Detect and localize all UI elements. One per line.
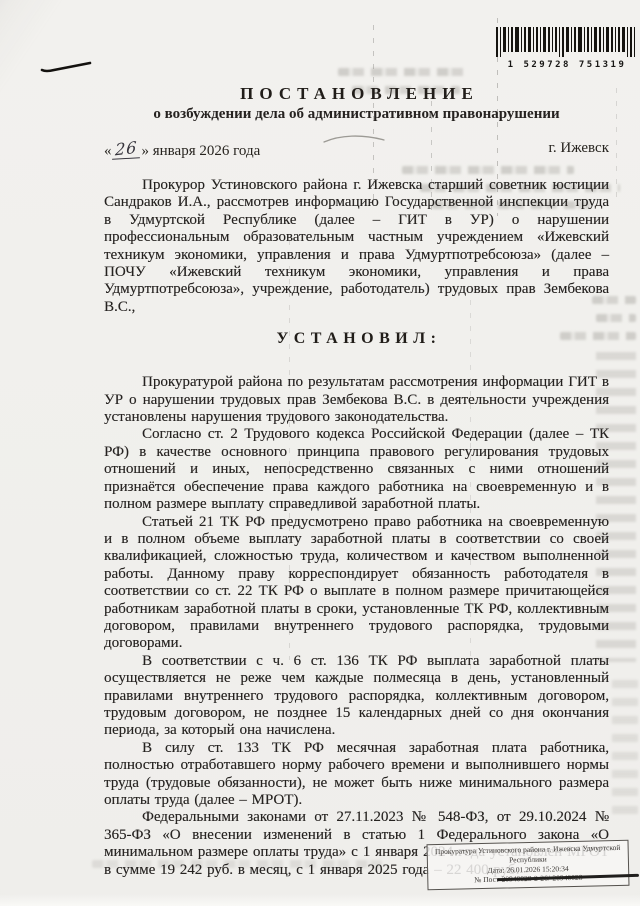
scan-edge [0, 894, 640, 906]
bleed-through [612, 680, 638, 820]
body-paragraph: Статьей 21 ТК РФ предусмотрено право раб… [104, 514, 609, 653]
date-row: «26» января 2026 года г. Ижевск [104, 140, 609, 160]
document-title: ПОСТАНОВЛЕНИЕ [104, 84, 609, 104]
document-subtitle: о возбуждении дела об административном п… [104, 106, 609, 123]
staple-mark [40, 58, 96, 76]
scanned-document-page: 1 529728 751319 ПОСТАНОВЛЕНИЕ о возбужде… [0, 0, 640, 906]
document-body: ПОСТАНОВЛЕНИЕ о возбуждении дела об адми… [104, 0, 609, 879]
intro-paragraph: Прокурор Устиновского района г. Ижевска … [104, 177, 609, 316]
body-paragraph: Прокуратурой района по результатам рассм… [104, 374, 609, 426]
body-paragraph: В соответствии с ч. 6 ст. 136 ТК РФ выпл… [104, 653, 609, 740]
document-date: «26» января 2026 года [104, 140, 260, 160]
body-paragraph: В силу ст. 133 ТК РФ месячная заработная… [104, 740, 609, 810]
handwritten-day: 26 [115, 137, 138, 159]
established-heading: УСТАНОВИЛ: [104, 330, 609, 348]
fold-shadow-band [0, 0, 90, 308]
registration-stamp: Прокуратура Устиновского района г. Ижевс… [427, 840, 630, 891]
body-paragraph: Согласно ст. 2 Трудового кодекса Российс… [104, 426, 609, 513]
document-city: г. Ижевск [548, 140, 609, 160]
